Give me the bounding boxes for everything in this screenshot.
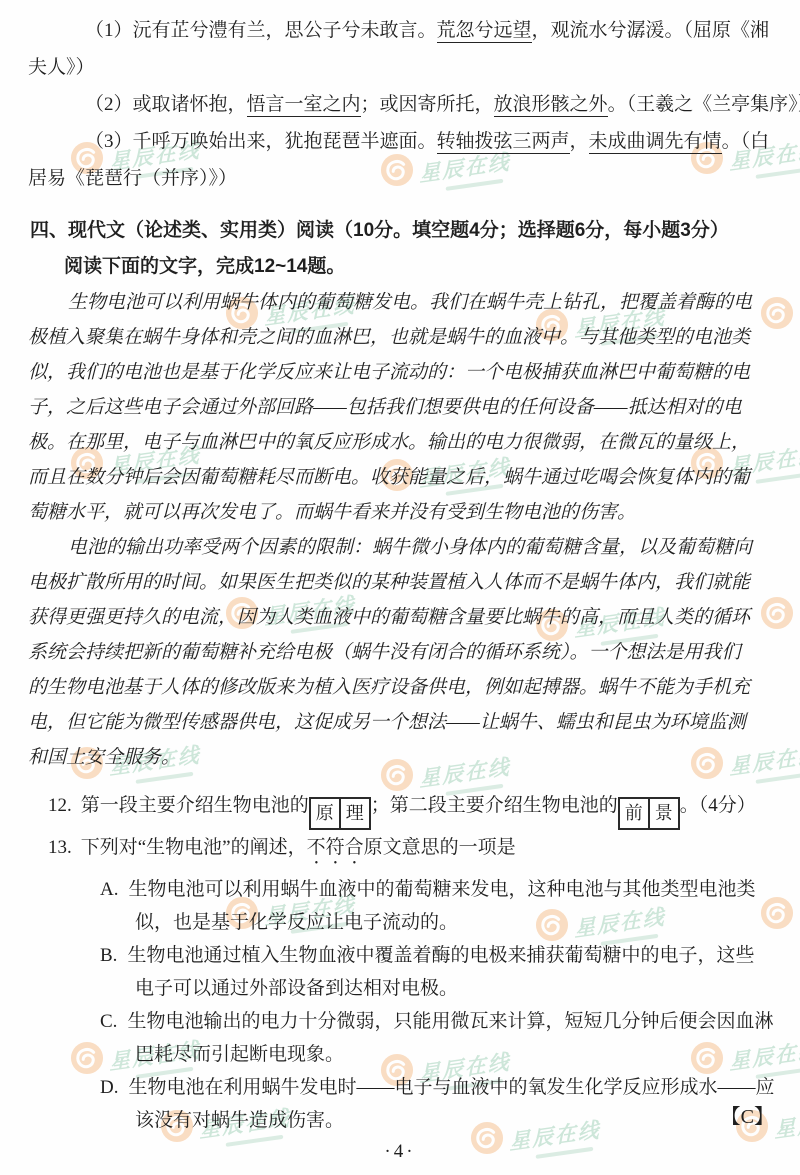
options-block: A.生物电池可以利用蜗牛血液中的葡萄糖来发电，这种电池与其他类型电池类 似，也是…	[0, 873, 800, 1137]
passage-line: 和国土安全服务。	[0, 740, 800, 775]
option-label: C.	[100, 1011, 117, 1032]
option-label: B.	[100, 945, 117, 966]
page-content: （1）沅有芷兮澧有兰，思公子兮未敢言。荒忽兮远望，观流水兮潺湲。（屈原《湘 夫人…	[0, 0, 800, 1137]
underlined-answer: 转轴拨弦三两声	[437, 131, 570, 154]
dictation-line: 居易《琵琶行（并序）》）	[0, 160, 800, 197]
answer-box: 景	[648, 797, 680, 830]
option-a-line: A.生物电池可以利用蜗牛血液中的葡萄糖来发电，这种电池与其他类型电池类	[0, 873, 800, 906]
dictation-line: （1）沅有芷兮澧有兰，思公子兮未敢言。荒忽兮远望，观流水兮潺湲。（屈原《湘	[0, 12, 800, 49]
passage-line: 极。在那里，电子与血淋巴中的氧反应形成水。输出的电力很微弱，在微瓦的量级上，	[0, 425, 800, 460]
answer-box: 原	[309, 797, 341, 830]
underlined-answer: 荒忽兮远望	[437, 20, 532, 43]
passage-line: 极植入聚集在蜗牛身体和壳之间的血淋巴，也就是蜗牛的血液中。与其他类型的电池类	[0, 320, 800, 355]
dictation-line: 夫人》）	[0, 49, 800, 86]
underlined-answer: 悟言一室之内	[247, 94, 361, 117]
underlined-answer: 放浪形骸之外	[494, 94, 608, 117]
underlined-answer: 未成曲调先有情	[589, 131, 722, 154]
passage-line: 子，之后这些电子会通过外部回路——包括我们想要供电的任何设备——抵达相对的电	[0, 390, 800, 425]
dictation-line: （3）千呼万唤始出来，犹抱琵琶半遮面。转轴拨弦三两声，未成曲调先有情。（白	[0, 123, 800, 160]
passage-line: 电极扩散所用的时间。如果医生把类似的某种装置植入人体而不是蜗牛体内，我们就能	[0, 565, 800, 600]
question-number: 12.	[48, 795, 72, 816]
passage-line: 生物电池可以利用蜗牛体内的葡萄糖发电。我们在蜗牛壳上钻孔，把覆盖着酶的电	[0, 285, 800, 320]
question-13: 13.下列对“生物电池”的阐述，不符合原文意思的一项是	[0, 830, 800, 869]
answer-box: 前	[618, 797, 650, 830]
answer-box: 理	[339, 797, 371, 830]
passage-line: 的生物电池基于人体的修改版来为植入医疗设备供电，例如起搏器。蜗牛不能为手机充	[0, 670, 800, 705]
option-c-line: C.生物电池输出的电力十分微弱，只能用微瓦来计算，短短几分钟后便会因血淋	[0, 1005, 800, 1038]
option-label: A.	[100, 879, 118, 900]
reading-passage: 生物电池可以利用蜗牛体内的葡萄糖发电。我们在蜗牛壳上钻孔，把覆盖着酶的电 极植入…	[0, 285, 800, 775]
passage-line: 似，我们的电池也是基于化学反应来让电子流动的：一个电极捕获血淋巴中葡萄糖的电	[0, 355, 800, 390]
dictation-block: （1）沅有芷兮澧有兰，思公子兮未敢言。荒忽兮远望，观流水兮潺湲。（屈原《湘 夫人…	[0, 12, 800, 197]
question-12: 12.第一段主要介绍生物电池的原理；第二段主要介绍生物电池的前景。（4分）	[0, 785, 800, 830]
option-d-line: D.生物电池在利用蜗牛发电时——电子与血液中的氧发生化学反应形成水——应	[0, 1071, 800, 1104]
exam-paper-page: 星辰在线星辰在线星辰在线星辰在线星辰在线星辰在线星辰在线星辰在线星辰在线星辰在线…	[0, 0, 800, 1175]
answer-mark: 【C】	[721, 1100, 774, 1129]
option-b-line: 电子可以通过外部设备到达相对电极。	[0, 972, 800, 1005]
passage-line: 系统会持续把新的葡萄糖补充给电极（蜗牛没有闭合的循环系统）。一个想法是用我们	[0, 635, 800, 670]
question-number: 13.	[48, 837, 72, 858]
dictation-line: （2）或取诸怀抱，悟言一室之内；或因寄所托，放浪形骸之外。（王羲之《兰亭集序》）	[0, 86, 800, 123]
section-heading: 四、现代文（论述类、实用类）阅读（10分。填空题4分；选择题6分，每小题3分）	[0, 213, 800, 249]
option-d-line: 该没有对蜗牛造成伤害。	[0, 1104, 800, 1137]
emphasized-text: 不符合	[307, 837, 364, 858]
option-b-line: B.生物电池通过植入生物血液中覆盖着酶的电极来捕获葡萄糖中的电子，这些	[0, 939, 800, 972]
passage-line: 电池的输出功率受两个因素的限制：蜗牛微小身体内的葡萄糖含量，以及葡萄糖向	[0, 530, 800, 565]
passage-line: 而且在数分钟后会因葡萄糖耗尽而断电。收获能量之后，蜗牛通过吃喝会恢复体内的葡	[0, 460, 800, 495]
passage-line: 电，但它能为微型传感器供电，这促成另一个想法——让蜗牛、蠕虫和昆虫为环境监测	[0, 705, 800, 740]
option-a-line: 似，也是基于化学反应让电子流动的。	[0, 906, 800, 939]
passage-line: 萄糖水平，就可以再次发电了。而蜗牛看来并没有受到生物电池的伤害。	[0, 495, 800, 530]
option-label: D.	[100, 1077, 118, 1098]
section-instruction: 阅读下面的文字，完成12~14题。	[0, 249, 800, 285]
option-c-line: 巴耗尽而引起断电现象。	[0, 1038, 800, 1071]
page-number: ·4·	[0, 1141, 800, 1163]
passage-line: 获得更强更持久的电流，因为人类血液中的葡萄糖含量要比蜗牛的高，而且人类的循环	[0, 600, 800, 635]
